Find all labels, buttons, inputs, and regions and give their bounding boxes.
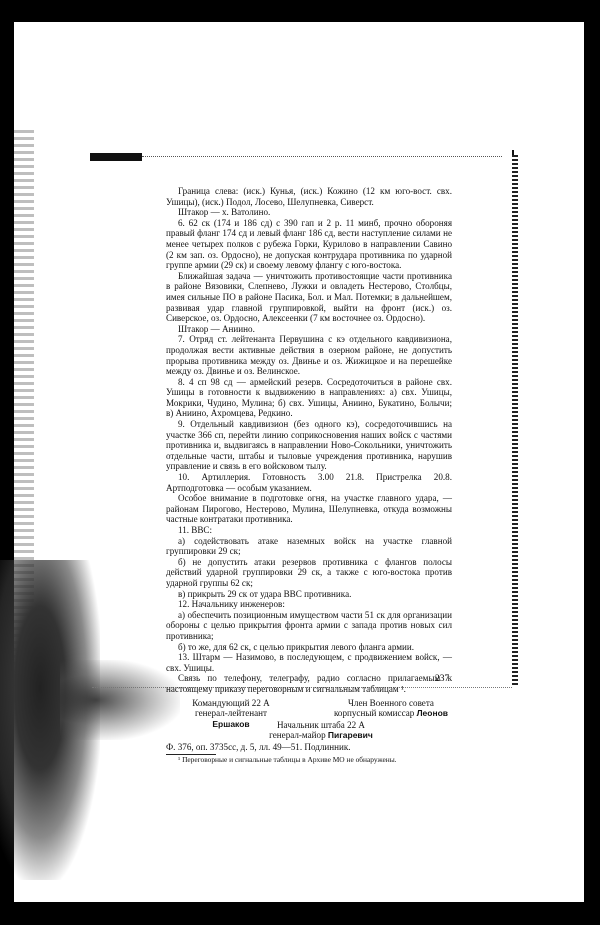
archive-reference: Ф. 376, оп. 3735сс, д. 5, лл. 49—51. Под…	[166, 742, 452, 753]
paragraph: 11. ВВС:	[166, 525, 452, 536]
paragraph: в) прикрыть 29 ск от удара ВВС противник…	[166, 589, 452, 600]
paragraph: 6. 62 ск (174 и 186 сд) с 390 гап и 2 р.…	[166, 218, 452, 271]
council-signature: Член Военного совета корпусный комиссар …	[326, 698, 456, 719]
paragraph: 10. Артиллерия. Готовность 3.00 21.8. Пр…	[166, 472, 452, 493]
paragraph: Ближайшая задача — уничтожить противосто…	[166, 271, 452, 324]
document-body: Граница слева: (иск.) Кунья, (иск.) Кожи…	[166, 186, 452, 766]
signature-block: Командующий 22 А генерал-лейтенант Ершак…	[166, 698, 452, 742]
page-number: 237	[435, 674, 449, 684]
paragraph: 13. Штарм — Назимово, в последующем, с п…	[166, 652, 452, 673]
scan-top-bar	[90, 153, 142, 161]
paragraph: 9. Отдельный кавдивизион (без одного кэ)…	[166, 419, 452, 472]
paragraph: Штакор — Аниино.	[166, 324, 452, 335]
scan-right-strip	[512, 155, 518, 687]
paragraph: Особое внимание в подготовке огня, на уч…	[166, 493, 452, 525]
chief-of-staff-signature: Начальник штаба 22 А генерал-майор Пигар…	[266, 720, 376, 741]
scan-top-line	[142, 156, 502, 157]
paragraph: б) то же, для 62 ск, с целью прикрытия л…	[166, 642, 452, 653]
paragraph: а) обеспечить позиционным имуществом час…	[166, 610, 452, 642]
footnote: ¹ Переговорные и сигнальные таблицы в Ар…	[166, 755, 452, 766]
paragraph: Связь по телефону, телеграфу, радио согл…	[166, 673, 452, 694]
paragraph: Граница слева: (иск.) Кунья, (иск.) Кожи…	[166, 186, 452, 207]
paragraph: 12. Начальнику инженеров:	[166, 599, 452, 610]
paragraph: Штакор — х. Ватолино.	[166, 207, 452, 218]
paragraph: б) не допустить атаки резервов противник…	[166, 557, 452, 589]
paragraph: 8. 4 сп 98 сд — армейский резерв. Сосред…	[166, 377, 452, 419]
paragraph: 7. Отряд ст. лейтенанта Первушина с кэ о…	[166, 334, 452, 376]
paragraph: а) содействовать атаке наземных войск на…	[166, 536, 452, 557]
